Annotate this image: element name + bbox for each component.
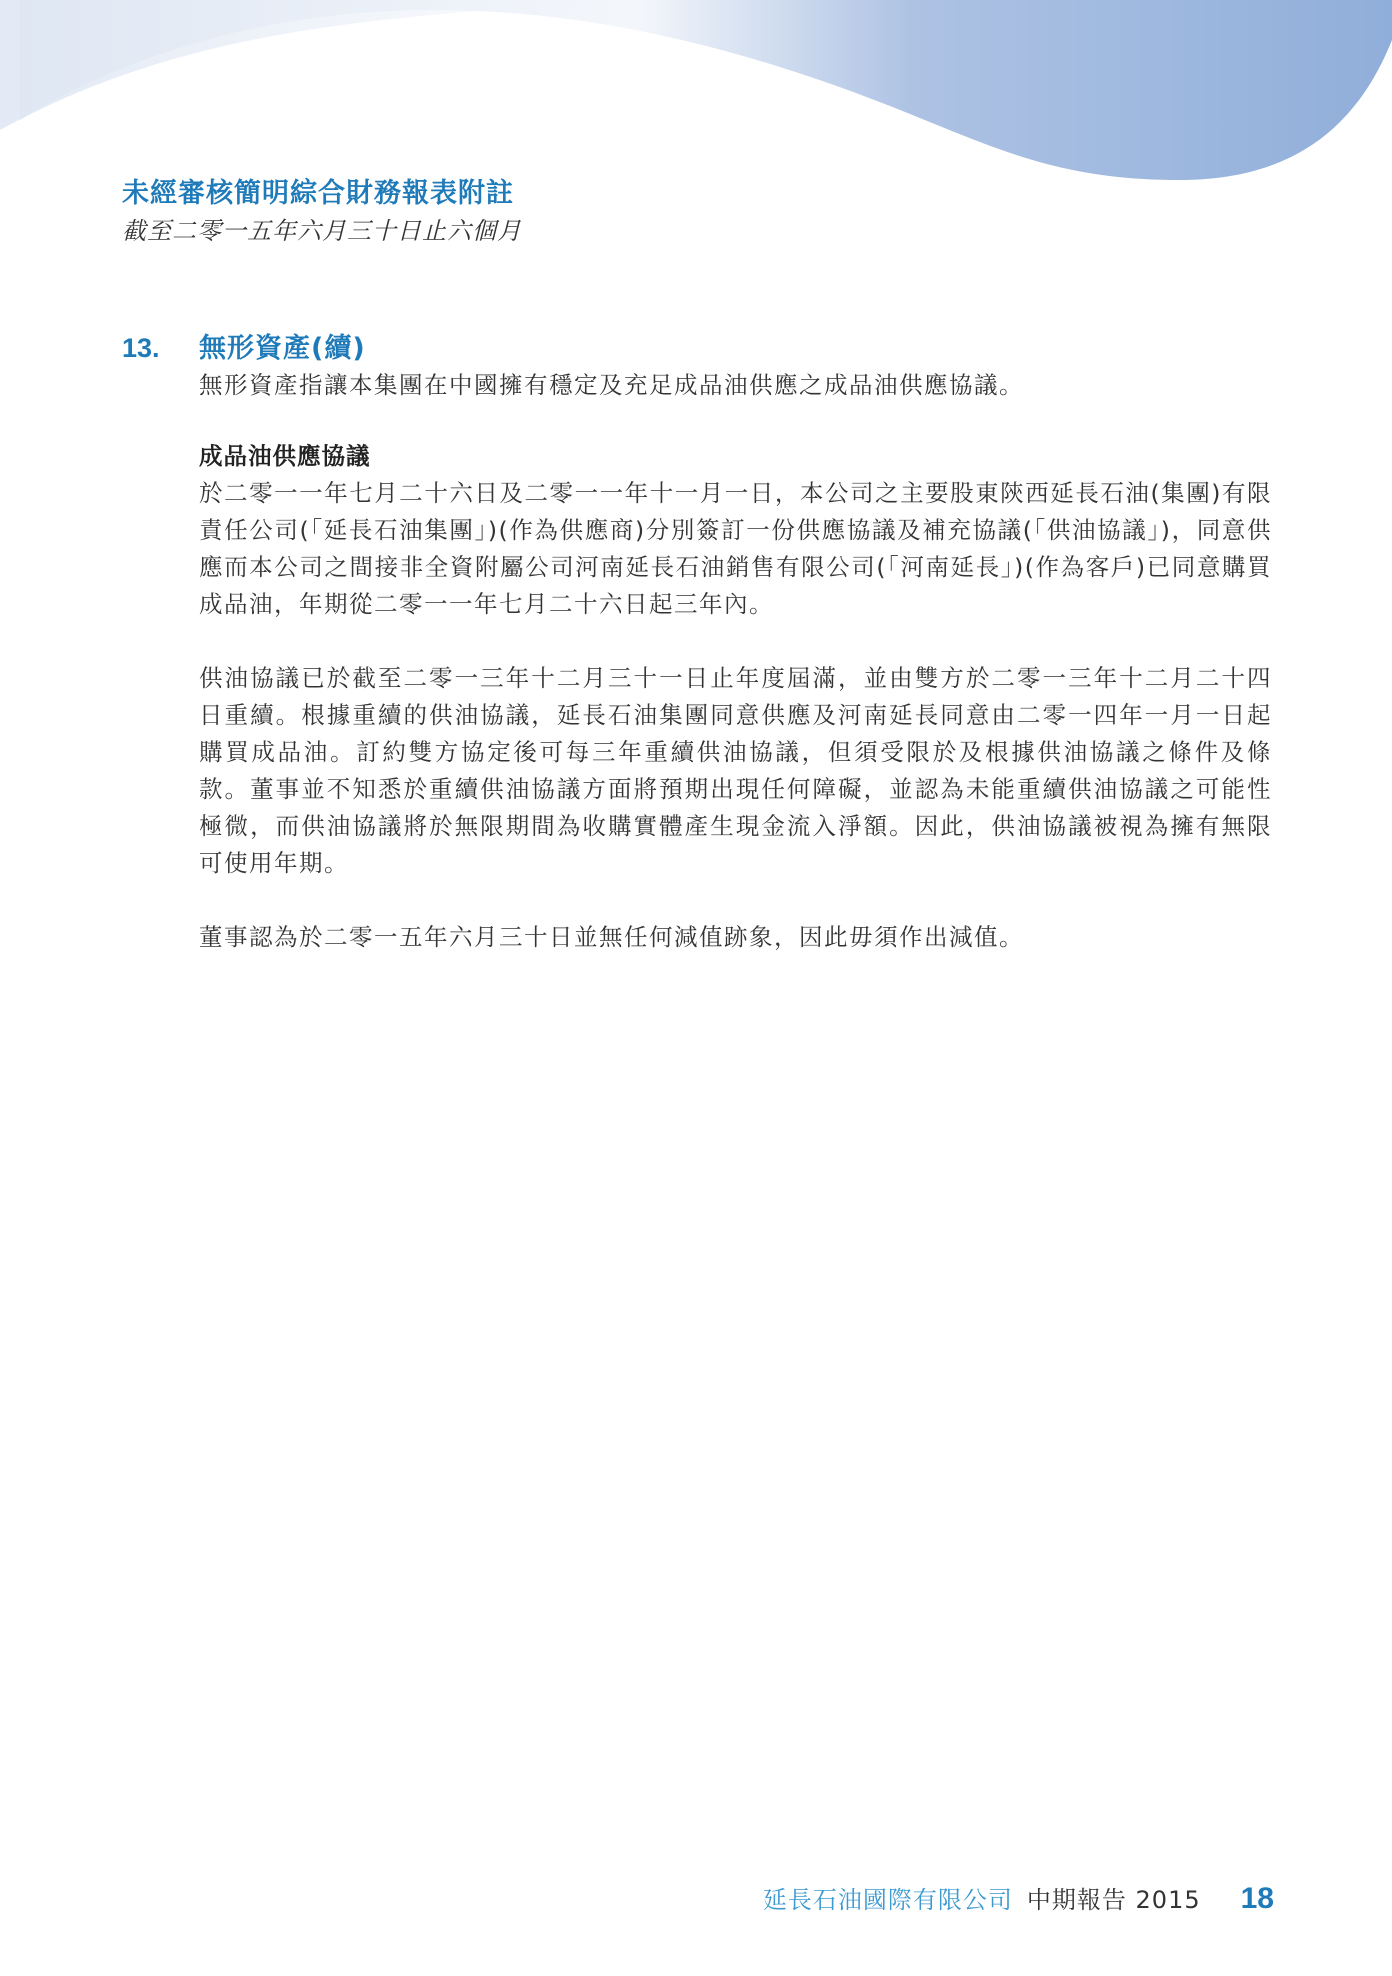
section-heading: 13. 無形資產(續) [122,326,1272,365]
paragraph: 於二零一一年七月二十六日及二零一一年十一月一日，本公司之主要股東陝西延長石油(集… [199,475,1272,623]
footer-report-name: 中期報告 2015 [1027,1880,1201,1915]
footer-company-name: 延長石油國際有限公司 [763,1880,1013,1915]
page-header: 未經審核簡明綜合財務報表附註 截至二零一五年六月三十日止六個月 [122,176,522,248]
note-section: 13. 無形資產(續) 無形資產指讓本集團在中國擁有穩定及充足成品油供應之成品油… [122,326,1272,956]
paragraph: 董事認為於二零一五年六月三十日並無任何減值跡象，因此毋須作出減值。 [199,919,1272,956]
page-footer: 延長石油國際有限公司 中期報告 2015 18 [763,1880,1274,1916]
document-title: 未經審核簡明綜合財務報表附註 [122,176,522,212]
page-number: 18 [1241,1882,1274,1916]
section-title: 無形資產(續) [199,326,366,365]
header-wave-decoration [0,0,1392,200]
section-number: 13. [122,333,199,364]
paragraph: 供油協議已於截至二零一三年十二月三十一日止年度屆滿，並由雙方於二零一三年十二月二… [199,660,1272,882]
document-subtitle: 截至二零一五年六月三十日止六個月 [122,214,522,248]
sub-heading: 成品油供應協議 [199,438,1272,475]
intro-paragraph: 無形資產指讓本集團在中國擁有穩定及充足成品油供應之成品油供應協議。 [199,367,1272,404]
section-body: 無形資產指讓本集團在中國擁有穩定及充足成品油供應之成品油供應協議。 成品油供應協… [199,367,1272,956]
